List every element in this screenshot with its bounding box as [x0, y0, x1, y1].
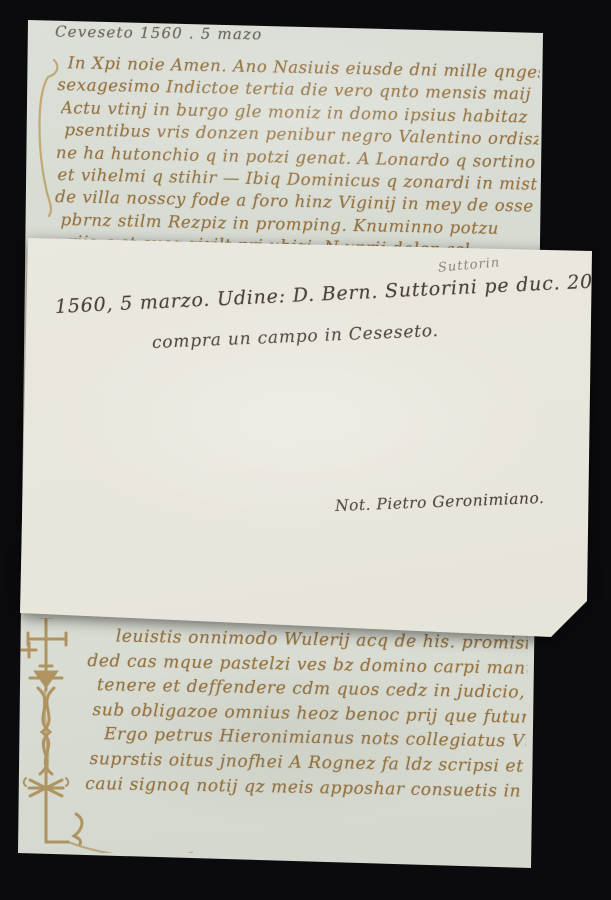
card-date-line: 1560, 5 marzo. Udine: D. Bern. Suttorini… — [54, 271, 593, 318]
photo-backdrop: Ceveseto 1560 . 5 mazo In Xpi noie Amen.… — [0, 0, 611, 900]
front-card-note: Suttorin 1560, 5 marzo. Udine: D. Bern. … — [0, 0, 611, 900]
front-card-wrapper: Suttorin 1560, 5 marzo. Udine: D. Bern. … — [0, 0, 611, 900]
pencil-annotation: Suttorin — [437, 255, 500, 275]
card-signature: Not. Pietro Geronimiano. — [335, 489, 545, 515]
card-summary-line: compra un campo in Ceseseto. — [152, 321, 440, 353]
